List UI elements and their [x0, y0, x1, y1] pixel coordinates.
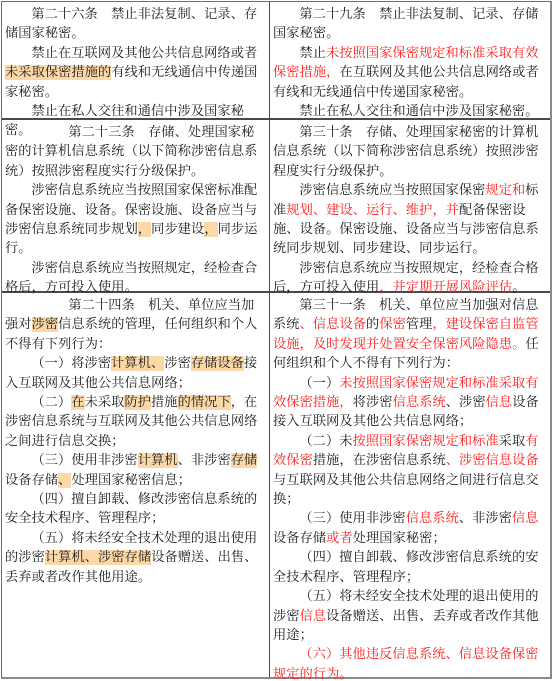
text-run: （四）擅自卸载、修改涉密信息系统的安全技术程序、管理程序； — [273, 550, 539, 584]
amended-text: 按照国家保密规定和标准 — [353, 434, 499, 449]
highlighted-text: 未采取保密措施的 — [5, 65, 111, 80]
text-run: 采取 — [499, 434, 526, 449]
row-1-new-text: 第二十九条 禁止非法复制、记录、存储国家秘密。禁止未按照国家保密规定和标准采取有… — [270, 2, 551, 118]
amended-text: 保密 — [379, 317, 406, 332]
paragraph: （四）擅自卸载、修改涉密信息系统的安全技术程序、管理程序； — [5, 490, 266, 529]
amended-text: 信息系统 — [406, 511, 459, 526]
paragraph: 涉密信息系统应当按照国家保密规定和标准规划、建设、运行、维护，并配备保密设施、设… — [273, 181, 549, 259]
text-run: 同步建设 — [151, 222, 204, 237]
paragraph: （五）将未经安全技术处理的退出使用的涉密计算机、涉密存储设备赠送、出售、丢弃或者… — [5, 529, 266, 587]
row-3-old-text: 第二十四条 机关、单位应当加强对涉密信息系统的管理，任何组织和个人不得有下列行为… — [2, 293, 268, 678]
text-run: 禁止在私人交往和通信中涉及国家秘密。 — [299, 104, 538, 119]
text-run: 第三十条 存储、处理国家秘密的计算机信息系统（以下简称涉密信息系统）按照涉密程度… — [273, 125, 539, 179]
text-run: 未采取 — [85, 395, 125, 410]
text-run: （二）未 — [299, 434, 352, 449]
text-run: （一） — [299, 376, 339, 391]
comparison-table: 第二十六条 禁止非法复制、记录、存储国家秘密。禁止在互联网及其他公共信息网络或者… — [1, 1, 552, 679]
paragraph: 第三十一条 机关、单位应当加强对信息系统、信息设备的保密管理，建设保密自监管设施… — [273, 296, 549, 374]
text-run: 处理国家秘密信息； — [71, 473, 191, 488]
text-run: 措施，在涉密信息系统 — [313, 453, 446, 468]
amended-text: 信息 — [512, 511, 539, 526]
paragraph: （三）使用非涉密计算机、非涉密存储设备存储、处理国家秘密信息； — [5, 451, 266, 490]
text-run: （三）使用非涉密 — [299, 511, 405, 526]
amended-text: 规划、建设、运行、维护，并 — [286, 203, 459, 218]
paragraph: （一）将涉密计算机、涉密存储设备接入互联网及其他公共信息网络； — [5, 354, 266, 393]
highlighted-text: 计算机、 — [111, 356, 164, 371]
text-run: 的 — [366, 317, 379, 332]
text-run: 禁止 — [299, 46, 326, 61]
text-run: 设备存储 — [273, 531, 326, 546]
paragraph: （二）未按照国家保密规定和标准采取有效保密措施，在涉密信息系统、涉密信息设备与互… — [273, 432, 549, 510]
paragraph: 第三十条 存储、处理国家秘密的计算机信息系统（以下简称涉密信息系统）按照涉密程度… — [273, 123, 549, 181]
text-run: 将涉密 — [353, 395, 393, 410]
text-run: 涉密信息系统应当按照国家保密 — [299, 183, 485, 198]
paragraph: （六）其他违反信息系统、信息设备保密规定的行为。 — [273, 645, 549, 681]
text-run: 、涉密 — [446, 395, 486, 410]
text-run: 管理 — [406, 317, 433, 332]
text-run: 措施 — [151, 395, 178, 410]
highlighted-text: 的情况下 — [178, 395, 231, 410]
paragraph: 第二十三条 存储、处理国家秘密的计算机信息系统（以下简称涉密信息系统）按照涉密程… — [5, 123, 266, 181]
highlighted-text: 涉密 — [32, 317, 59, 332]
paragraph: （五）将未经安全技术处理的退出使用的涉密信息设备赠送、出售、丢弃或者改作其他用途… — [273, 587, 549, 645]
amended-text: 、信息设备 — [300, 317, 366, 332]
paragraph: （四）擅自卸载、修改涉密信息系统的安全技术程序、管理程序； — [273, 548, 549, 587]
text-run: 涉密 — [164, 356, 191, 371]
amended-text: 信息 — [486, 395, 513, 410]
amended-text: 信息系统 — [393, 395, 446, 410]
text-run: 第二十九条 禁止非法复制、记录、存储国家秘密。 — [273, 7, 539, 41]
highlighted-text: 、 — [58, 473, 71, 488]
highlighted-text: ， — [204, 222, 217, 237]
highlighted-text: 在 — [71, 395, 84, 410]
text-run: 、非涉密 — [178, 453, 231, 468]
paragraph: （一）未按照国家保密规定和标准采取有效保密措施，将涉密信息系统、涉密信息设备接入… — [273, 374, 549, 432]
paragraph: 涉密信息系统应当按照规定，经检查合格后，方可投入使用。 — [5, 259, 266, 298]
text-run: （二） — [31, 395, 71, 410]
row-1-old-text: 第二十六条 禁止非法复制、记录、存储国家秘密。禁止在互联网及其他公共信息网络或者… — [2, 2, 268, 118]
paragraph: 禁止在互联网及其他公共信息网络或者未采取保密措施的有线和无线通信中传递国家秘密。 — [5, 44, 266, 102]
amended-text: 或者 — [326, 531, 353, 546]
row-3-new-text: 第三十一条 机关、单位应当加强对信息系统、信息设备的保密管理，建设保密自监管设施… — [270, 293, 551, 678]
text-run: （三）使用非涉密 — [31, 453, 137, 468]
text-run: 与互联网及其他公共信息网络之间进行信息交换； — [273, 473, 539, 507]
text-run: 第二十三条 存储、处理国家秘密的计算机信息系统（以下简称涉密信息系统）按照涉密程… — [5, 125, 257, 179]
highlighted-text: 存储 — [231, 453, 258, 468]
text-run: 设备存储 — [5, 473, 58, 488]
paragraph: （二）在未采取防护措施的情况下，在涉密信息系统与互联网及其他公共信息网络之间进行… — [5, 393, 266, 451]
amended-text: 信息 — [300, 609, 327, 624]
paragraph: 禁止在私人交往和通信中涉及国家秘密。 — [273, 102, 549, 121]
text-run: 、非涉密 — [459, 511, 512, 526]
row-2-old-text: 第二十三条 存储、处理国家秘密的计算机信息系统（以下简称涉密信息系统）按照涉密程… — [2, 120, 268, 291]
amended-text: （六）其他违反信息系统、信息设备保密规定的行为。 — [273, 647, 539, 681]
text-run: 处理国家秘密； — [353, 531, 446, 546]
highlighted-text: 存储设备 — [191, 356, 244, 371]
text-run: （一）将涉密 — [31, 356, 111, 371]
paragraph: 涉密信息系统应当按照规定，经检查合格后，方可投入使用，并定期开展风险评估。 — [273, 259, 549, 298]
paragraph: 第二十四条 机关、单位应当加强对涉密信息系统的管理，任何组织和个人不得有下列行为… — [5, 296, 266, 354]
row-2-new-text: 第三十条 存储、处理国家秘密的计算机信息系统（以下简称涉密信息系统）按照涉密程度… — [270, 120, 551, 291]
text-run: 涉密信息系统应当按照规定，经检查合格后，方可投入使用。 — [5, 261, 257, 295]
paragraph: （三）使用非涉密信息系统、非涉密信息设备存储或者处理国家秘密； — [273, 509, 549, 548]
paragraph: 涉密信息系统应当按照国家保密标准配备保密设施、设备。保密设施、设备应当与涉密信息… — [5, 181, 266, 259]
highlighted-text: 计算机、涉密存储 — [45, 550, 151, 565]
text-run: （四）擅自卸载、修改涉密信息系统的安全技术程序、管理程序； — [5, 492, 257, 526]
paragraph: 第二十九条 禁止非法复制、记录、存储国家秘密。 — [273, 5, 549, 44]
amended-text: 规定和 — [485, 183, 525, 198]
paragraph: 禁止未按照国家保密规定和标准采取有效保密措施，在互联网及其他公共信息网络或者有线… — [273, 44, 549, 102]
highlighted-text: 计算机 — [138, 453, 178, 468]
highlighted-text: ， — [138, 222, 151, 237]
text-run: 第二十六条 禁止非法复制、记录、存储国家秘密。 — [5, 7, 257, 41]
amended-text: 、涉密信息设备 — [446, 453, 539, 468]
highlighted-text: 防护 — [124, 395, 151, 410]
text-run: 禁止在互联网及其他公共信息网络或者 — [31, 46, 257, 61]
paragraph: 第二十六条 禁止非法复制、记录、存储国家秘密。 — [5, 5, 266, 44]
